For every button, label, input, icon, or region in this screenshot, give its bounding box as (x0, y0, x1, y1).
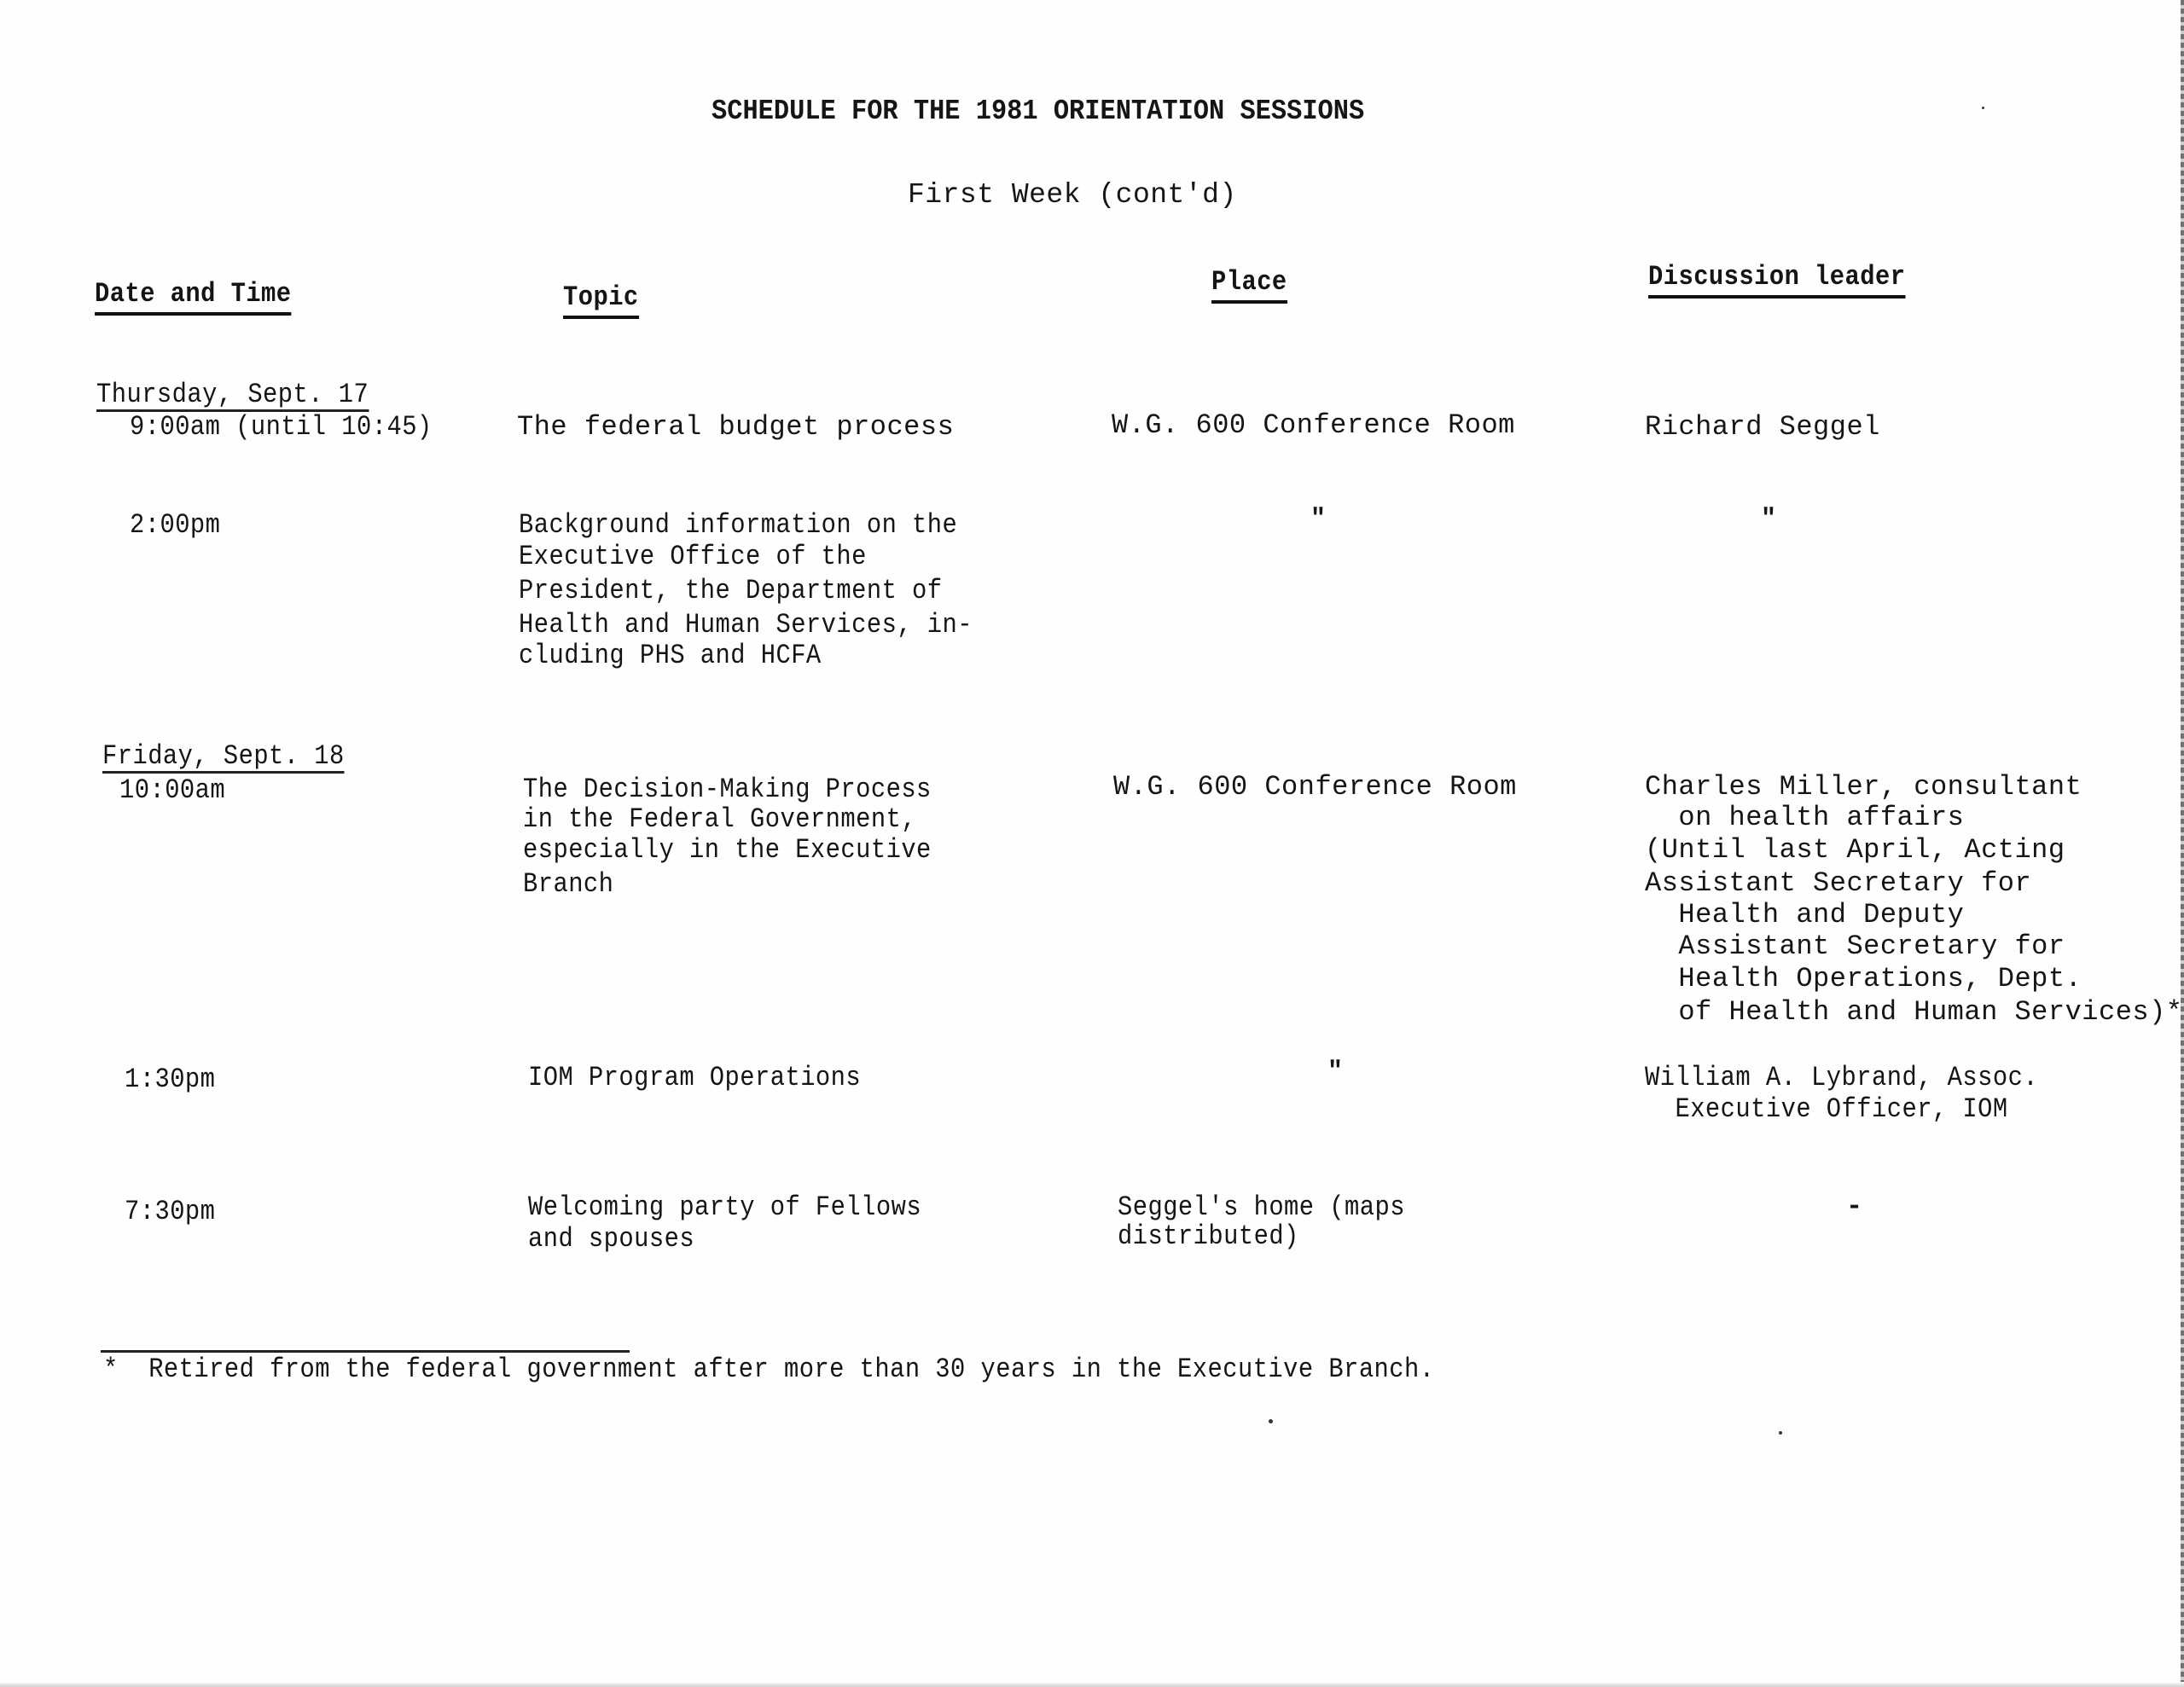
session-leader-line: Assistant Secretary for (1645, 867, 2031, 900)
session-time: 7:30pm (125, 1196, 215, 1228)
session-time: 9:00am (until 10:45) (130, 411, 433, 443)
session-leader-line: of Health and Human Services)* (1645, 996, 2183, 1029)
day-date: Friday, Sept. 18 (102, 742, 345, 774)
session-topic-line: cluding PHS and HCFA (519, 640, 822, 672)
column-header-discussion-leader: Discussion leader (1648, 261, 1905, 299)
session-place: W.G. 600 Conference Room (1112, 409, 1515, 442)
scan-speck (1779, 1431, 1782, 1435)
session-topic-line: Branch (523, 868, 613, 901)
session-leader-line: Health and Deputy (1645, 899, 1964, 931)
session-leader-line: Executive Officer, IOM (1645, 1093, 2008, 1126)
session-leader-line: Health Operations, Dept. (1645, 963, 2082, 995)
footnote-rule (101, 1350, 630, 1353)
day-date: Thursday, Sept. 17 (96, 380, 369, 412)
column-header-date-time: Date and Time (95, 278, 292, 316)
ditto-mark-place: " (1310, 503, 1327, 536)
document-subtitle: First Week (cont'd) (908, 179, 1237, 212)
session-time: 1:30pm (125, 1064, 215, 1096)
session-topic-line: and spouses (528, 1223, 694, 1255)
session-leader: Richard Seggel (1645, 411, 1880, 443)
session-topic-line: in the Federal Government, (523, 803, 916, 836)
session-leader-line: Assistant Secretary for (1645, 930, 2065, 963)
session-topic-line: Executive Office of the (519, 541, 867, 573)
column-header-place: Place (1211, 266, 1287, 304)
session-topic-line: The Decision-Making Process (523, 774, 932, 806)
session-leader-line: William A. Lybrand, Assoc. (1645, 1062, 2038, 1094)
session-topic: IOM Program Operations (528, 1062, 861, 1094)
session-topic-line: President, the Department of (519, 575, 943, 607)
session-time: 2:00pm (130, 509, 220, 542)
ditto-mark-leader: " (1761, 503, 1777, 536)
session-place-line: distributed) (1118, 1220, 1299, 1253)
session-topic-line: Welcoming party of Fellows (528, 1191, 921, 1224)
session-place: W.G. 600 Conference Room (1113, 771, 1517, 803)
session-time: 10:00am (119, 774, 225, 807)
scan-bottom-edge (0, 1682, 2184, 1687)
session-topic-line: Health and Human Services, in- (519, 609, 973, 641)
document-title: SCHEDULE FOR THE 1981 ORIENTATION SESSIO… (712, 96, 1364, 128)
column-header-topic: Topic (563, 281, 639, 319)
footnote: * Retired from the federal government af… (103, 1354, 1434, 1386)
no-leader-dash: - (1846, 1191, 1863, 1223)
scan-speck (1269, 1419, 1273, 1423)
document-page: SCHEDULE FOR THE 1981 ORIENTATION SESSIO… (0, 0, 2184, 1687)
session-topic-line: Background information on the (519, 509, 957, 542)
scan-right-edge (2181, 0, 2184, 1687)
session-topic: The federal budget process (517, 411, 954, 443)
session-leader-line: Charles Miller, consultant (1645, 771, 2082, 803)
session-leader-line: (Until last April, Acting (1645, 834, 2065, 867)
session-place-line: Seggel's home (maps (1118, 1191, 1405, 1224)
scan-speck (1982, 107, 1984, 109)
session-topic-line: especially in the Executive (523, 834, 932, 867)
session-leader-line: on health affairs (1645, 802, 1964, 834)
ditto-mark-place: " (1327, 1056, 1344, 1088)
